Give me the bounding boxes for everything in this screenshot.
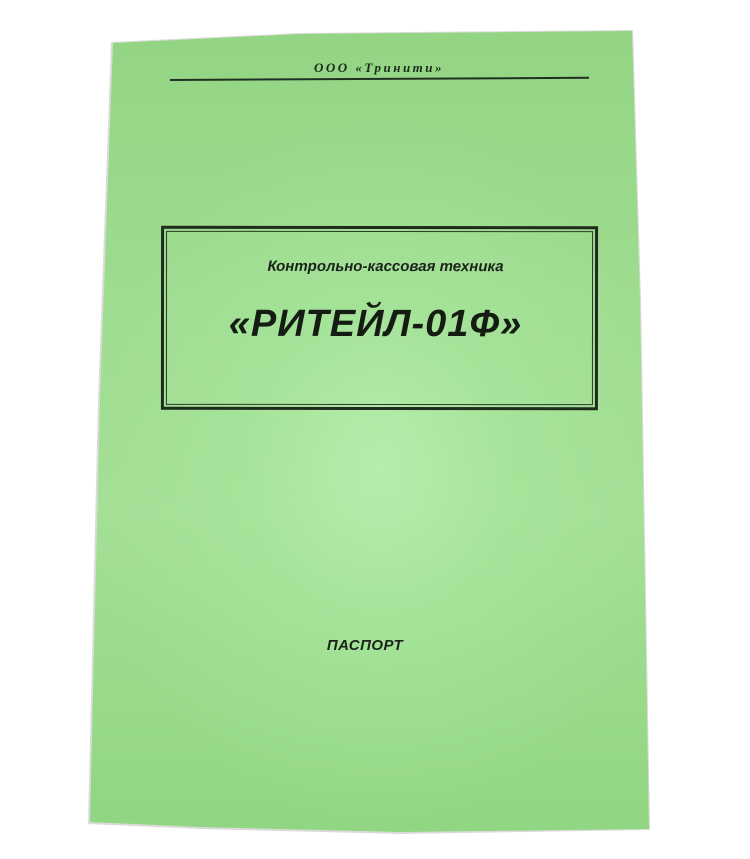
product-category: Контрольно-кассовая техника — [164, 258, 595, 275]
document-type-label: ПАСПОРТ — [300, 637, 430, 654]
product-title: «РИТЕЙЛ-01Ф» — [164, 303, 595, 346]
title-frame: Контрольно-кассовая техника «РИТЕЙЛ-01Ф» — [161, 226, 598, 410]
booklet-cover — [0, 0, 750, 859]
company-name: ООО «Тринити» — [170, 60, 588, 76]
